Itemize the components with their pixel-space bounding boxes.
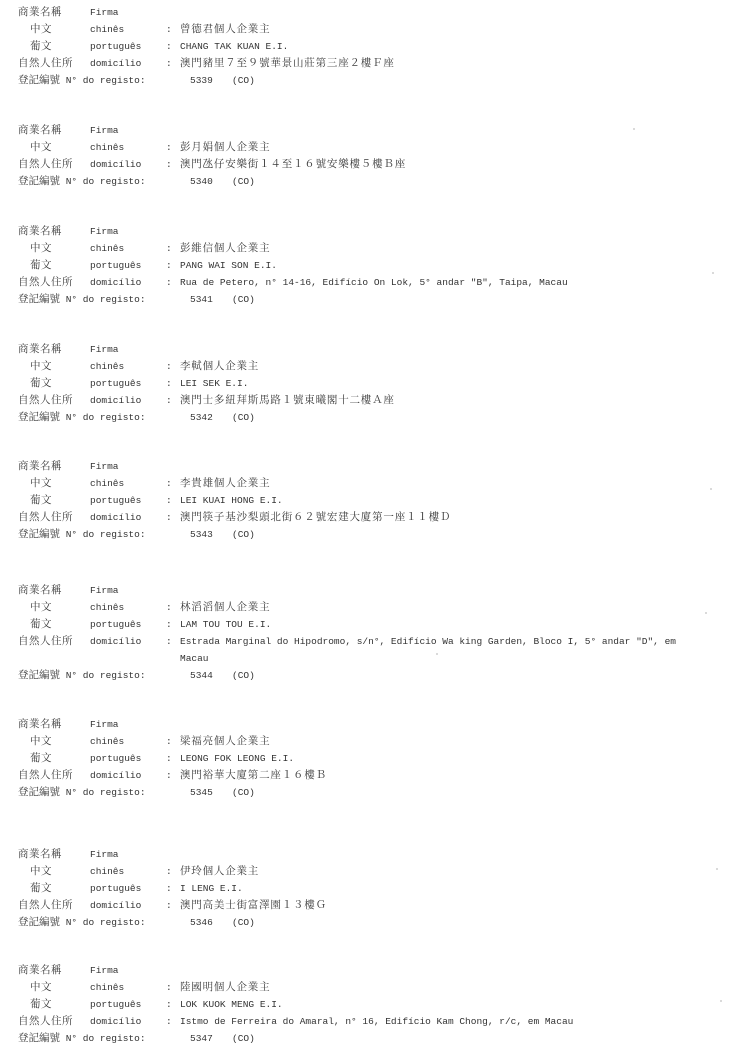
- separator-colon: :: [166, 616, 172, 633]
- registry-entry: 商業名稱 Firma 中文 chinês : 伊玲個人企業主 葡文 portug…: [18, 846, 728, 931]
- registry-label-pt: N° do registo:: [66, 412, 146, 423]
- registry-label-zh: 登記編號: [18, 411, 60, 423]
- firm-label-pt: Firma: [90, 458, 119, 475]
- registry-label-pt: N° do registo:: [66, 75, 146, 86]
- domicile-row: 自然人住所 domicílio : Rua de Petero, n° 14-1…: [18, 274, 728, 291]
- scan-speck: [712, 272, 714, 274]
- domicile-row: 自然人住所 domicílio : 澳門筷子基沙梨頭北街６２號宏建大廈第一座１１…: [18, 509, 728, 526]
- portuguese-name-value: PANG WAI SON E.I.: [180, 257, 728, 274]
- separator-colon: :: [166, 633, 172, 650]
- domicile-label-pt: domicílio: [90, 156, 141, 173]
- registry-entry: 商業名稱 Firma 中文 chinês : 曾德君個人企業主 葡文 portu…: [18, 4, 728, 89]
- portuguese-name-row: 葡文 português : LEONG FOK LEONG E.I.: [18, 750, 728, 767]
- chinese-name-row: 中文 chinês : 李貴雄個人企業主: [18, 475, 728, 492]
- firm-label-pt: Firma: [90, 122, 119, 139]
- registry-row: 登記編號 N° do registo: 5342 (CO): [18, 409, 728, 426]
- portuguese-name-value: LOK KUOK MENG E.I.: [180, 996, 728, 1013]
- chinese-name-value: 曾德君個人企業主: [180, 21, 728, 38]
- separator-colon: :: [166, 21, 172, 38]
- chinese-label-zh: 中文: [30, 21, 52, 38]
- firm-heading-row: 商業名稱 Firma: [18, 582, 728, 599]
- domicile-row: 自然人住所 domicílio : 澳門氹仔安樂街１４至１６號安樂樓５樓Ｂ座: [18, 156, 728, 173]
- registry-label: 登記編號 N° do registo:: [18, 409, 146, 426]
- separator-colon: :: [166, 599, 172, 616]
- portuguese-name-value: LAM TOU TOU E.I.: [180, 616, 728, 633]
- registry-entry: 商業名稱 Firma 中文 chinês : 李軾個人企業主 葡文 portug…: [18, 341, 728, 426]
- domicile-label-pt: domicílio: [90, 897, 141, 914]
- domicile-row: 自然人住所 domicílio : 澳門裕華大廈第二座１６樓Ｂ: [18, 767, 728, 784]
- portuguese-name-row: 葡文 português : I LENG E.I.: [18, 880, 728, 897]
- portuguese-name-value: LEI SEK E.I.: [180, 375, 728, 392]
- registry-code: (CO): [232, 72, 255, 89]
- registry-label: 登記編號 N° do registo:: [18, 526, 146, 543]
- portuguese-label-pt: português: [90, 750, 141, 767]
- registry-label: 登記編號 N° do registo:: [18, 667, 146, 684]
- portuguese-name-row: 葡文 português : CHANG TAK KUAN E.I.: [18, 38, 728, 55]
- registry-code: (CO): [232, 291, 255, 308]
- domicile-label-zh: 自然人住所: [18, 509, 73, 526]
- firm-heading-row: 商業名稱 Firma: [18, 458, 728, 475]
- registry-label-zh: 登記編號: [18, 1032, 60, 1044]
- chinese-label-pt: chinês: [90, 21, 124, 38]
- chinese-name-value: 彭維信個人企業主: [180, 240, 728, 257]
- domicile-label-zh: 自然人住所: [18, 392, 73, 409]
- registry-number: 5346: [190, 914, 213, 931]
- registry-label-zh: 登記編號: [18, 916, 60, 928]
- domicile-label-pt: domicílio: [90, 1013, 141, 1030]
- firm-label-zh: 商業名稱: [18, 122, 62, 139]
- firm-label-pt: Firma: [90, 846, 119, 863]
- portuguese-label-zh: 葡文: [30, 257, 52, 274]
- firm-label-pt: Firma: [90, 582, 119, 599]
- scan-speck: [705, 612, 707, 614]
- registry-row: 登記編號 N° do registo: 5345 (CO): [18, 784, 728, 801]
- portuguese-name-value: LEONG FOK LEONG E.I.: [180, 750, 728, 767]
- chinese-label-pt: chinês: [90, 599, 124, 616]
- scan-speck: [716, 868, 718, 870]
- separator-colon: :: [166, 358, 172, 375]
- portuguese-name-row: 葡文 português : PANG WAI SON E.I.: [18, 257, 728, 274]
- registry-number: 5339: [190, 72, 213, 89]
- domicile-label-pt: domicílio: [90, 392, 141, 409]
- registry-label-pt: N° do registo:: [66, 529, 146, 540]
- registry-number: 5340: [190, 173, 213, 190]
- chinese-name-value: 李貴雄個人企業主: [180, 475, 728, 492]
- scan-speck: [436, 653, 438, 655]
- registry-row: 登記編號 N° do registo: 5340 (CO): [18, 173, 728, 190]
- firm-label-zh: 商業名稱: [18, 962, 62, 979]
- portuguese-label-zh: 葡文: [30, 996, 52, 1013]
- portuguese-name-value: LEI KUAI HONG E.I.: [180, 492, 728, 509]
- chinese-name-value: 梁福亮個人企業主: [180, 733, 728, 750]
- domicile-label-pt: domicílio: [90, 767, 141, 784]
- portuguese-label-pt: português: [90, 996, 141, 1013]
- domicile-row: 自然人住所 domicílio : Estrada Marginal do Hi…: [18, 633, 728, 667]
- portuguese-name-row: 葡文 português : LAM TOU TOU E.I.: [18, 616, 728, 633]
- portuguese-name-row: 葡文 português : LOK KUOK MENG E.I.: [18, 996, 728, 1013]
- domicile-value: 澳門士多紐拜斯馬路１號東曦閣十二樓Ａ座: [180, 392, 728, 409]
- portuguese-label-zh: 葡文: [30, 375, 52, 392]
- registry-label-pt: N° do registo:: [66, 176, 146, 187]
- chinese-name-row: 中文 chinês : 彭維信個人企業主: [18, 240, 728, 257]
- domicile-row: 自然人住所 domicílio : 澳門豬里７至９號華景山莊第三座２樓Ｆ座: [18, 55, 728, 72]
- portuguese-label-pt: português: [90, 616, 141, 633]
- registry-label-zh: 登記編號: [18, 528, 60, 540]
- chinese-name-row: 中文 chinês : 梁福亮個人企業主: [18, 733, 728, 750]
- chinese-name-row: 中文 chinês : 陸國明個人企業主: [18, 979, 728, 996]
- registry-number: 5345: [190, 784, 213, 801]
- registry-label-pt: N° do registo:: [66, 670, 146, 681]
- firm-label-pt: Firma: [90, 716, 119, 733]
- chinese-name-row: 中文 chinês : 林滔滔個人企業主: [18, 599, 728, 616]
- chinese-label-zh: 中文: [30, 358, 52, 375]
- registry-code: (CO): [232, 409, 255, 426]
- chinese-label-pt: chinês: [90, 240, 124, 257]
- portuguese-label-pt: português: [90, 375, 141, 392]
- domicile-label-pt: domicílio: [90, 274, 141, 291]
- portuguese-name-row: 葡文 português : LEI KUAI HONG E.I.: [18, 492, 728, 509]
- registry-row: 登記編號 N° do registo: 5339 (CO): [18, 72, 728, 89]
- registry-label-zh: 登記編號: [18, 293, 60, 305]
- domicile-value: 澳門氹仔安樂街１４至１６號安樂樓５樓Ｂ座: [180, 156, 728, 173]
- separator-colon: :: [166, 375, 172, 392]
- separator-colon: :: [166, 733, 172, 750]
- firm-label-pt: Firma: [90, 962, 119, 979]
- domicile-label-zh: 自然人住所: [18, 1013, 73, 1030]
- portuguese-label-zh: 葡文: [30, 492, 52, 509]
- registry-label-pt: N° do registo:: [66, 1033, 146, 1044]
- registry-label-pt: N° do registo:: [66, 294, 146, 305]
- firm-heading-row: 商業名稱 Firma: [18, 223, 728, 240]
- registry-code: (CO): [232, 914, 255, 931]
- domicile-label-zh: 自然人住所: [18, 55, 73, 72]
- registry-entry: 商業名稱 Firma 中文 chinês : 彭維信個人企業主 葡文 portu…: [18, 223, 728, 308]
- separator-colon: :: [166, 996, 172, 1013]
- firm-heading-row: 商業名稱 Firma: [18, 341, 728, 358]
- firm-heading-row: 商業名稱 Firma: [18, 962, 728, 979]
- domicile-label-pt: domicílio: [90, 55, 141, 72]
- separator-colon: :: [166, 492, 172, 509]
- firm-label-zh: 商業名稱: [18, 582, 62, 599]
- firm-label-pt: Firma: [90, 341, 119, 358]
- domicile-row: 自然人住所 domicílio : 澳門高美士街富澤園１３樓Ｇ: [18, 897, 728, 914]
- registry-entry: 商業名稱 Firma 中文 chinês : 彭月娟個人企業主 自然人住所 do…: [18, 122, 728, 190]
- portuguese-label-pt: português: [90, 492, 141, 509]
- separator-colon: :: [166, 863, 172, 880]
- separator-colon: :: [166, 979, 172, 996]
- domicile-label-zh: 自然人住所: [18, 633, 73, 650]
- chinese-label-pt: chinês: [90, 733, 124, 750]
- chinese-name-row: 中文 chinês : 彭月娟個人企業主: [18, 139, 728, 156]
- separator-colon: :: [166, 767, 172, 784]
- registry-row: 登記編號 N° do registo: 5344 (CO): [18, 667, 728, 684]
- scan-speck: [710, 488, 712, 490]
- scan-speck: [720, 1000, 722, 1002]
- separator-colon: :: [166, 509, 172, 526]
- chinese-label-zh: 中文: [30, 139, 52, 156]
- chinese-label-zh: 中文: [30, 863, 52, 880]
- registry-row: 登記編號 N° do registo: 5343 (CO): [18, 526, 728, 543]
- separator-colon: :: [166, 750, 172, 767]
- registry-label: 登記編號 N° do registo:: [18, 914, 146, 931]
- chinese-label-zh: 中文: [30, 475, 52, 492]
- chinese-label-zh: 中文: [30, 733, 52, 750]
- chinese-name-value: 陸國明個人企業主: [180, 979, 728, 996]
- registry-row: 登記編號 N° do registo: 5341 (CO): [18, 291, 728, 308]
- registry-number: 5347: [190, 1030, 213, 1047]
- separator-colon: :: [166, 139, 172, 156]
- chinese-label-zh: 中文: [30, 979, 52, 996]
- registry-label-zh: 登記編號: [18, 74, 60, 86]
- chinese-name-value: 彭月娟個人企業主: [180, 139, 728, 156]
- portuguese-label-zh: 葡文: [30, 750, 52, 767]
- registry-entry: 商業名稱 Firma 中文 chinês : 林滔滔個人企業主 葡文 portu…: [18, 582, 728, 684]
- registry-number: 5342: [190, 409, 213, 426]
- registry-label-zh: 登記編號: [18, 786, 60, 798]
- domicile-row: 自然人住所 domicílio : Istmo de Ferreira do A…: [18, 1013, 728, 1030]
- registry-label-zh: 登記編號: [18, 175, 60, 187]
- separator-colon: :: [166, 880, 172, 897]
- domicile-label-pt: domicílio: [90, 509, 141, 526]
- firm-label-zh: 商業名稱: [18, 846, 62, 863]
- registry-code: (CO): [232, 526, 255, 543]
- portuguese-name-value: I LENG E.I.: [180, 880, 728, 897]
- registry-number: 5341: [190, 291, 213, 308]
- registry-code: (CO): [232, 1030, 255, 1047]
- domicile-value: 澳門豬里７至９號華景山莊第三座２樓Ｆ座: [180, 55, 728, 72]
- domicile-value: 澳門裕華大廈第二座１６樓Ｂ: [180, 767, 728, 784]
- portuguese-name-value: CHANG TAK KUAN E.I.: [180, 38, 728, 55]
- firm-label-zh: 商業名稱: [18, 341, 62, 358]
- chinese-label-pt: chinês: [90, 475, 124, 492]
- firm-heading-row: 商業名稱 Firma: [18, 122, 728, 139]
- separator-colon: :: [166, 475, 172, 492]
- chinese-name-row: 中文 chinês : 伊玲個人企業主: [18, 863, 728, 880]
- registry-label-pt: N° do registo:: [66, 787, 146, 798]
- domicile-value: Istmo de Ferreira do Amaral, n° 16, Edif…: [180, 1013, 728, 1030]
- registry-label: 登記編號 N° do registo:: [18, 1030, 146, 1047]
- firm-heading-row: 商業名稱 Firma: [18, 846, 728, 863]
- domicile-row: 自然人住所 domicílio : 澳門士多紐拜斯馬路１號東曦閣十二樓Ａ座: [18, 392, 728, 409]
- chinese-label-pt: chinês: [90, 863, 124, 880]
- chinese-label-pt: chinês: [90, 358, 124, 375]
- separator-colon: :: [166, 38, 172, 55]
- registry-label: 登記編號 N° do registo:: [18, 173, 146, 190]
- firm-label-zh: 商業名稱: [18, 4, 62, 21]
- separator-colon: :: [166, 55, 172, 72]
- portuguese-label-pt: português: [90, 38, 141, 55]
- registry-entry: 商業名稱 Firma 中文 chinês : 梁福亮個人企業主 葡文 portu…: [18, 716, 728, 801]
- chinese-name-row: 中文 chinês : 李軾個人企業主: [18, 358, 728, 375]
- registry-label: 登記編號 N° do registo:: [18, 291, 146, 308]
- registry-entry: 商業名稱 Firma 中文 chinês : 陸國明個人企業主 葡文 portu…: [18, 962, 728, 1047]
- domicile-value: 澳門高美士街富澤園１３樓Ｇ: [180, 897, 728, 914]
- domicile-label-zh: 自然人住所: [18, 274, 73, 291]
- firm-label-zh: 商業名稱: [18, 223, 62, 240]
- firm-label-zh: 商業名稱: [18, 716, 62, 733]
- domicile-label-zh: 自然人住所: [18, 897, 73, 914]
- domicile-label-zh: 自然人住所: [18, 156, 73, 173]
- portuguese-label-pt: português: [90, 257, 141, 274]
- separator-colon: :: [166, 1013, 172, 1030]
- firm-label-pt: Firma: [90, 223, 119, 240]
- scan-speck: [633, 128, 635, 130]
- registry-number: 5343: [190, 526, 213, 543]
- registry-row: 登記編號 N° do registo: 5346 (CO): [18, 914, 728, 931]
- separator-colon: :: [166, 156, 172, 173]
- chinese-label-zh: 中文: [30, 240, 52, 257]
- chinese-name-value: 李軾個人企業主: [180, 358, 728, 375]
- chinese-name-row: 中文 chinês : 曾德君個人企業主: [18, 21, 728, 38]
- registry-code: (CO): [232, 173, 255, 190]
- chinese-label-pt: chinês: [90, 139, 124, 156]
- registry-number: 5344: [190, 667, 213, 684]
- firm-heading-row: 商業名稱 Firma: [18, 716, 728, 733]
- domicile-value: Estrada Marginal do Hipodromo, s/n°, Edi…: [180, 633, 710, 667]
- separator-colon: :: [166, 257, 172, 274]
- portuguese-name-row: 葡文 português : LEI SEK E.I.: [18, 375, 728, 392]
- separator-colon: :: [166, 240, 172, 257]
- registry-entry: 商業名稱 Firma 中文 chinês : 李貴雄個人企業主 葡文 portu…: [18, 458, 728, 543]
- registry-label: 登記編號 N° do registo:: [18, 784, 146, 801]
- separator-colon: :: [166, 897, 172, 914]
- portuguese-label-zh: 葡文: [30, 880, 52, 897]
- separator-colon: :: [166, 274, 172, 291]
- registry-code: (CO): [232, 784, 255, 801]
- firm-label-pt: Firma: [90, 4, 119, 21]
- registry-label-zh: 登記編號: [18, 669, 60, 681]
- registry-code: (CO): [232, 667, 255, 684]
- portuguese-label-zh: 葡文: [30, 38, 52, 55]
- domicile-value: Rua de Petero, n° 14-16, Edifício On Lok…: [180, 274, 728, 291]
- registry-label-pt: N° do registo:: [66, 917, 146, 928]
- portuguese-label-zh: 葡文: [30, 616, 52, 633]
- firm-heading-row: 商業名稱 Firma: [18, 4, 728, 21]
- domicile-label-pt: domicílio: [90, 633, 141, 650]
- chinese-name-value: 伊玲個人企業主: [180, 863, 728, 880]
- portuguese-label-pt: português: [90, 880, 141, 897]
- domicile-label-zh: 自然人住所: [18, 767, 73, 784]
- chinese-label-zh: 中文: [30, 599, 52, 616]
- separator-colon: :: [166, 392, 172, 409]
- firm-label-zh: 商業名稱: [18, 458, 62, 475]
- registry-label: 登記編號 N° do registo:: [18, 72, 146, 89]
- domicile-value: 澳門筷子基沙梨頭北街６２號宏建大廈第一座１１樓Ｄ: [180, 509, 728, 526]
- chinese-name-value: 林滔滔個人企業主: [180, 599, 728, 616]
- chinese-label-pt: chinês: [90, 979, 124, 996]
- registry-row: 登記編號 N° do registo: 5347 (CO): [18, 1030, 728, 1047]
